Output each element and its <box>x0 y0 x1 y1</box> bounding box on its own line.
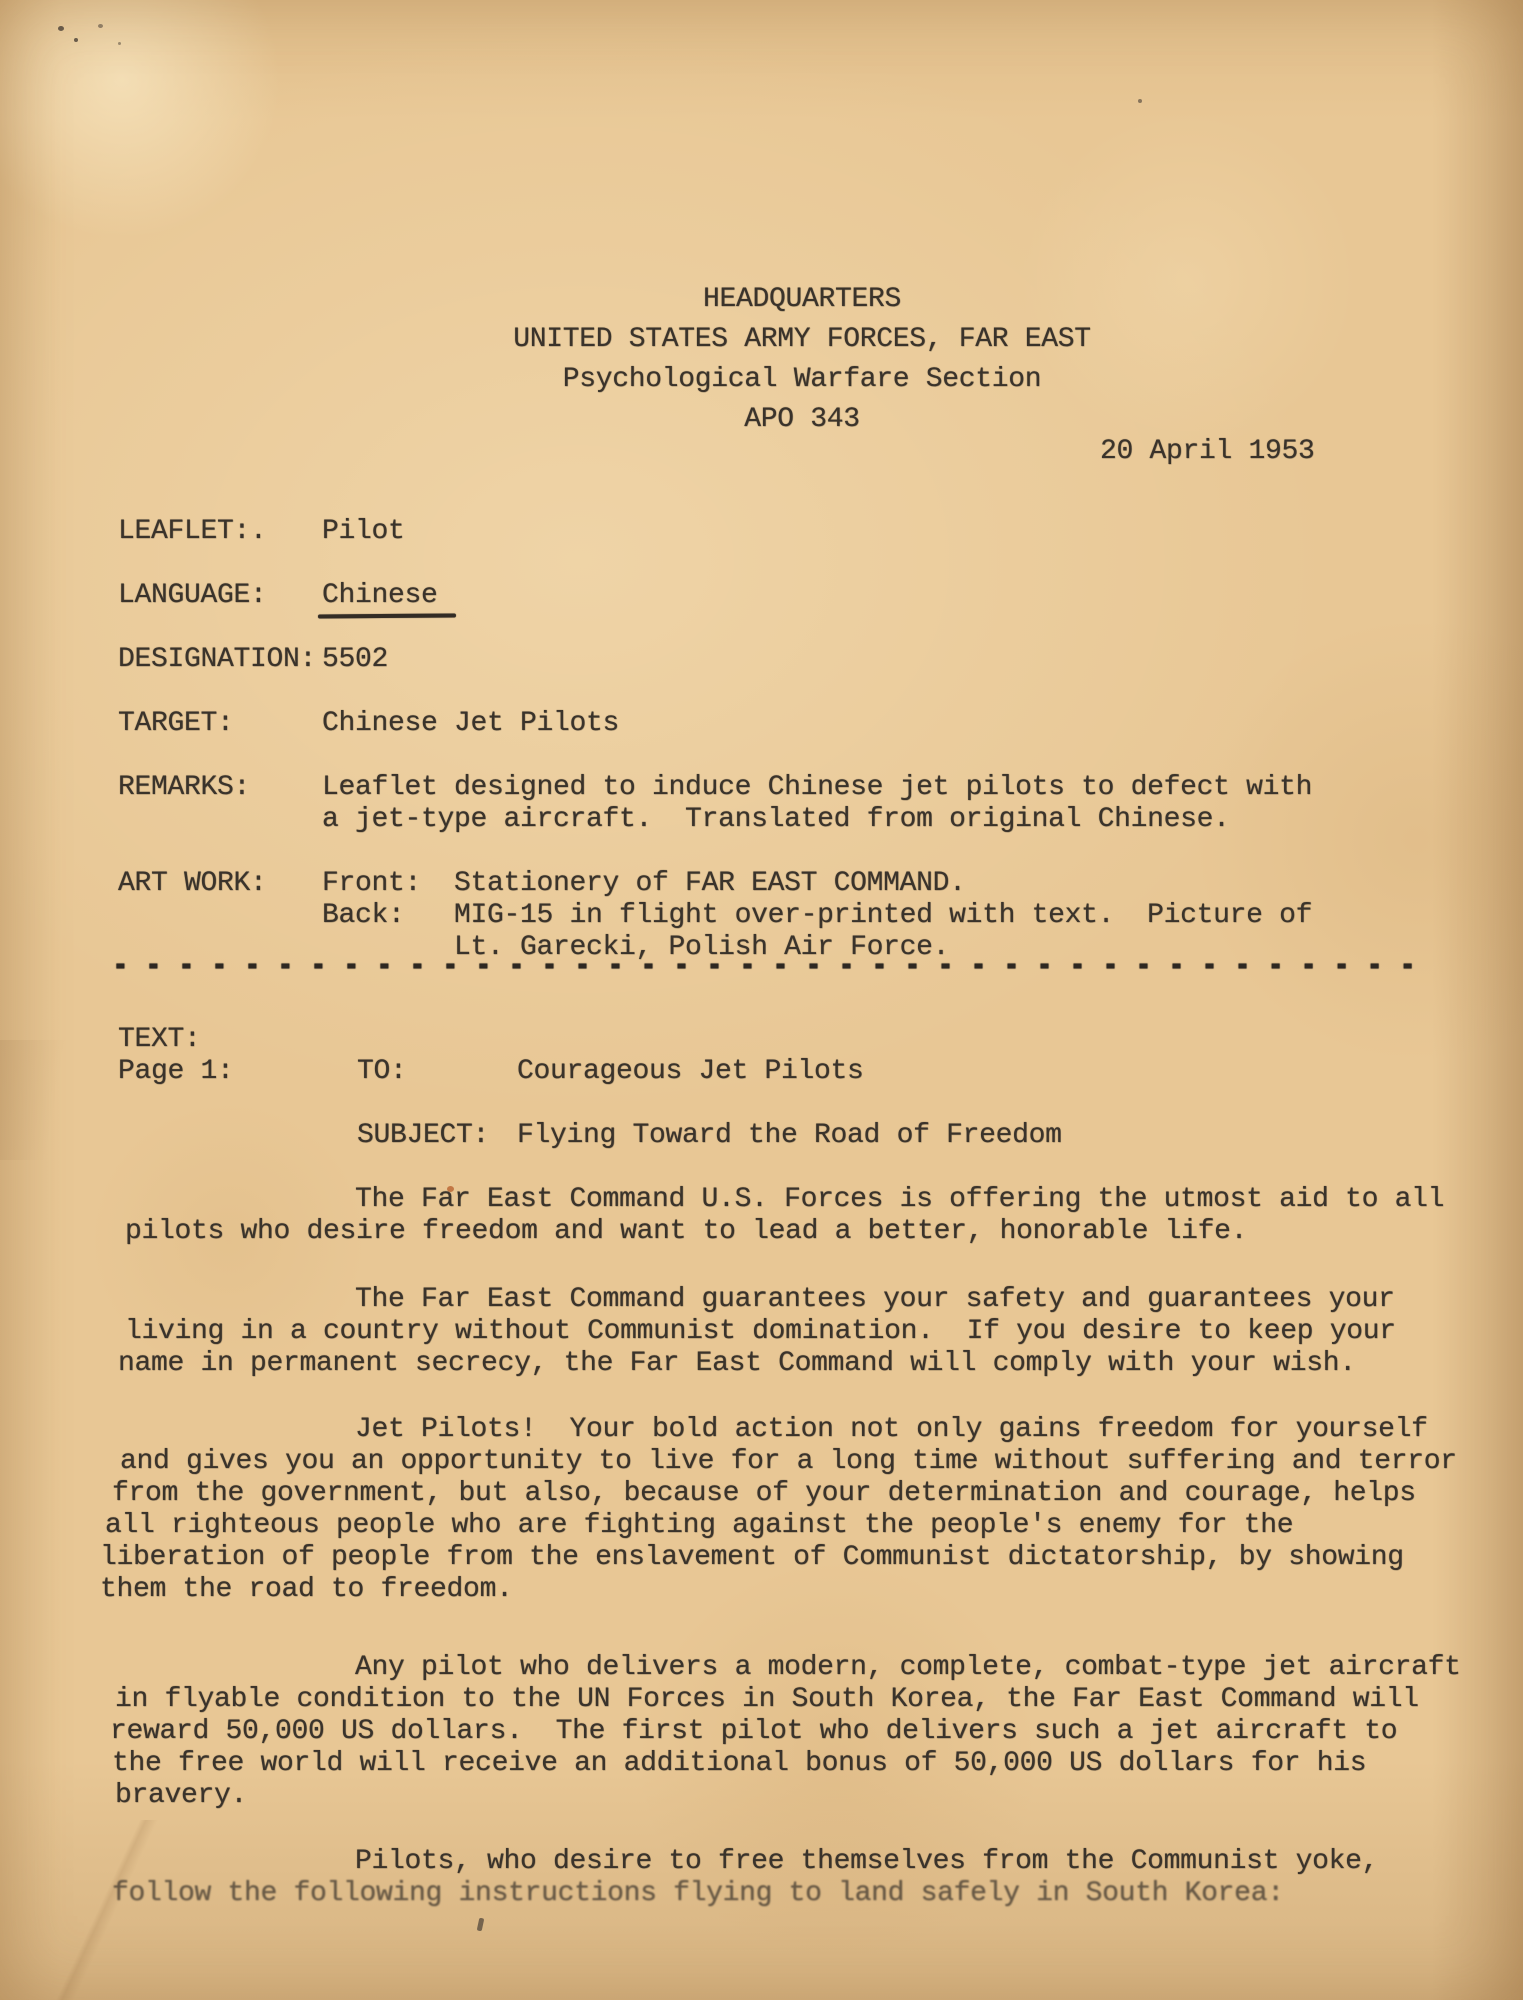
paragraph-2: The Far East Command guarantees your saf… <box>100 1284 1500 1380</box>
text-line: bravery. <box>115 1780 1500 1812</box>
designation-value: 5502 <box>322 644 388 676</box>
language-value: Chinese <box>322 580 438 612</box>
text-line: name in permanent secrecy, the Far East … <box>118 1348 1500 1380</box>
paragraph-1: The Far East Command U.S. Forces is offe… <box>100 1184 1500 1248</box>
paragraph-5: Pilots, who desire to free themselves fr… <box>100 1846 1500 1910</box>
subject-label: SUBJECT: <box>357 1120 489 1152</box>
text-line: the free world will receive an additiona… <box>112 1748 1500 1780</box>
paper-speck <box>98 24 103 28</box>
artwork-front-line: Front: Stationery of FAR EAST COMMAND. <box>322 868 966 900</box>
page-label: Page 1: <box>118 1056 234 1088</box>
stray-mark <box>477 1918 485 1932</box>
text-line: and gives you an opportunity to live for… <box>120 1446 1500 1478</box>
paper-speck <box>118 42 121 45</box>
text-label: TEXT: <box>118 1024 201 1056</box>
artwork-label: ART WORK: <box>118 868 267 900</box>
text-line: them the road to freedom. <box>100 1574 1500 1606</box>
leaflet-value: Pilot <box>322 516 405 548</box>
letterhead-section: Psychological Warfare Section <box>563 364 1042 396</box>
text-line: from the government, but also, because o… <box>112 1478 1500 1510</box>
text-line: pilots who desire freedom and want to le… <box>125 1216 1500 1248</box>
paragraph-3: Jet Pilots! Your bold action not only ga… <box>100 1414 1500 1606</box>
subject-value: Flying Toward the Road of Freedom <box>517 1120 1062 1152</box>
target-value: Chinese Jet Pilots <box>322 708 619 740</box>
letterhead-headquarters: HEADQUARTERS <box>703 284 901 316</box>
to-label: TO: <box>357 1056 407 1088</box>
remarks-line: a jet-type aircraft. Translated from ori… <box>322 804 1230 836</box>
target-label: TARGET: <box>118 708 234 740</box>
text-line: Jet Pilots! Your bold action not only ga… <box>355 1414 1500 1446</box>
text-line: liberation of people from the enslavemen… <box>100 1542 1500 1574</box>
artwork-back-line: Back: MIG-15 in flight over-printed with… <box>322 900 1312 932</box>
language-label: LANGUAGE: <box>118 580 267 612</box>
to-value: Courageous Jet Pilots <box>517 1056 864 1088</box>
text-line: The Far East Command U.S. Forces is offe… <box>355 1184 1500 1216</box>
designation-label: DESIGNATION: <box>118 644 316 676</box>
text-line-faded: follow the following instructions flying… <box>112 1878 1500 1910</box>
text-line: all righteous people who are fighting ag… <box>105 1510 1500 1542</box>
remarks-line: Leaflet designed to induce Chinese jet p… <box>322 772 1312 804</box>
leaflet-label: LEAFLET:. <box>118 516 267 548</box>
document-date: 20 April 1953 <box>1100 436 1315 468</box>
paper-speck <box>1138 99 1142 103</box>
language-underline <box>318 614 456 619</box>
text-line: in flyable condition to the UN Forces in… <box>115 1684 1500 1716</box>
text-line: living in a country without Communist do… <box>125 1316 1500 1348</box>
text-line: The Far East Command guarantees your saf… <box>355 1284 1500 1316</box>
paper-speck <box>74 38 78 42</box>
dashed-separator: - - - - - - - - - - - - - - - - - - - - … <box>112 944 1462 992</box>
text-line: Pilots, who desire to free themselves fr… <box>355 1846 1500 1878</box>
document-page: HEADQUARTERS UNITED STATES ARMY FORCES, … <box>0 0 1523 2000</box>
text-line: Any pilot who delivers a modern, complet… <box>355 1652 1500 1684</box>
paragraph-4: Any pilot who delivers a modern, complet… <box>100 1652 1500 1812</box>
text-line: reward 50,000 US dollars. The first pilo… <box>110 1716 1500 1748</box>
remarks-label: REMARKS: <box>118 772 250 804</box>
letterhead-unit: UNITED STATES ARMY FORCES, FAR EAST <box>513 324 1091 356</box>
paper-crease <box>0 1040 90 1160</box>
letterhead-apo: APO 343 <box>744 404 860 436</box>
paper-speck <box>58 26 64 31</box>
